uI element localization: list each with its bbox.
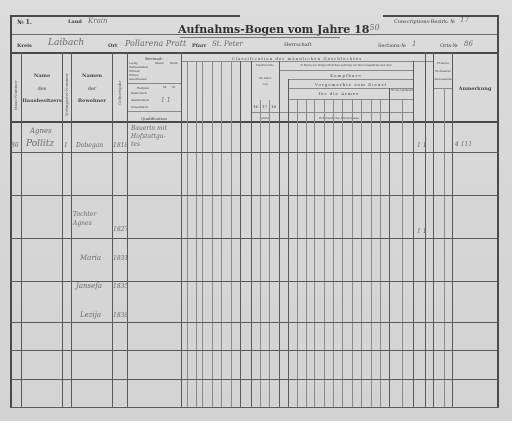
age-17: 17 bbox=[262, 105, 267, 109]
header-vorgemerkte: Vorgemerkte zum Dienst bbox=[289, 82, 413, 87]
header-name-hausbesitzer-3: Hausbesitzers bbox=[22, 98, 62, 104]
row6-geburtsjahr: 1838 bbox=[113, 313, 128, 319]
row1-marks: 1 1 bbox=[417, 143, 427, 149]
row3-geburtsjahr: 1827 bbox=[113, 227, 128, 233]
col-line bbox=[444, 88, 445, 408]
col-line bbox=[212, 61, 213, 408]
header-name-bewohner-2: der bbox=[72, 86, 112, 92]
kreis-label: Kreis bbox=[17, 44, 32, 49]
row-line bbox=[10, 195, 498, 196]
pfarr-value: St. Peter bbox=[212, 41, 243, 48]
col-line bbox=[21, 52, 22, 408]
vorgemerkte-bottom-line bbox=[288, 88, 413, 89]
row-line bbox=[10, 379, 498, 380]
col-line bbox=[71, 52, 72, 408]
header-jahren: Jahren bbox=[252, 116, 278, 120]
col-line bbox=[361, 99, 362, 408]
land-label: Land bbox=[68, 20, 82, 25]
row1-anmerkung: 4 111 bbox=[455, 142, 472, 148]
kreis-value: Laibach bbox=[48, 39, 84, 48]
religion-col-w: W. bbox=[172, 86, 176, 89]
col-line bbox=[62, 52, 63, 408]
header-erforderliche: Erforderliche Altersclasse bbox=[289, 116, 389, 120]
col-line bbox=[297, 99, 298, 408]
header-fremde: Fremde bbox=[434, 61, 452, 65]
orts-value: 86 bbox=[464, 41, 473, 48]
row1-haus-nummer: 86 bbox=[11, 143, 19, 149]
header-wohnende: Wohnende bbox=[434, 69, 452, 73]
col-line bbox=[352, 99, 353, 408]
col-line bbox=[333, 99, 334, 408]
header-name-hausbesitzer-2: des bbox=[22, 86, 62, 92]
col-line bbox=[413, 61, 414, 408]
col-line bbox=[196, 61, 197, 408]
row-line bbox=[10, 238, 498, 239]
header-fuer-landwehr: für die Landwehr bbox=[390, 89, 414, 92]
section-label: Sections-№ bbox=[378, 44, 406, 49]
frame-top-border-right bbox=[383, 15, 498, 17]
col-line bbox=[288, 79, 289, 408]
header-geburtsjahr: Geburtsjahr bbox=[117, 81, 122, 105]
fremde-divider bbox=[433, 88, 453, 89]
row3-bewohner: Tochter Agnes bbox=[73, 210, 109, 228]
header-name-hausbesitzer-1: Name bbox=[22, 73, 62, 79]
age-16: 16 bbox=[253, 105, 258, 109]
col-line bbox=[240, 61, 241, 408]
col-line bbox=[452, 52, 453, 408]
header-nachwuchs: Nachwuchs bbox=[252, 63, 278, 67]
herrschaft-label: Herrschaft bbox=[284, 43, 312, 48]
col-line bbox=[202, 61, 203, 408]
row4-geburtsjahr: 1831 bbox=[113, 256, 128, 262]
header-divider bbox=[10, 34, 498, 35]
header-name-bewohner-3: Bewohner bbox=[72, 98, 112, 104]
row-line bbox=[10, 322, 498, 323]
header-abwesende: Abwesende bbox=[434, 77, 452, 81]
row1-hausbesitzer-1: Agnes bbox=[30, 128, 52, 135]
census-form-page: № 1. Land Krain Aufnahms-Bogen vom Jahre… bbox=[0, 0, 512, 421]
col-line bbox=[433, 52, 434, 408]
row-line bbox=[10, 350, 498, 351]
land-value: Krain bbox=[88, 18, 108, 25]
col-line bbox=[402, 99, 403, 408]
col-line bbox=[260, 100, 261, 408]
row3-marks: 1 1 bbox=[417, 229, 427, 235]
col-line bbox=[342, 99, 343, 408]
row1-qualification-3: tes bbox=[131, 142, 140, 148]
row4-bewohner: Maria bbox=[80, 255, 101, 262]
row1-bewohner: Dobegan bbox=[76, 143, 103, 149]
row5-geburtsjahr: 1835 bbox=[113, 284, 128, 290]
row6-bewohner: Lezija bbox=[80, 312, 101, 319]
header-religion: Religion bbox=[128, 86, 158, 90]
religion-row-3: Israelitisch bbox=[131, 106, 148, 109]
col-line bbox=[380, 99, 381, 408]
col-line bbox=[251, 61, 252, 408]
header-haus-nummer: Haus-Nummer bbox=[13, 80, 18, 110]
header-fuer-armee: für die Armee bbox=[289, 91, 389, 96]
header-wohnpartei: Wohnpartei-Nummer bbox=[64, 73, 69, 116]
col-line bbox=[279, 61, 280, 408]
col-line bbox=[314, 99, 315, 408]
row-line bbox=[10, 152, 498, 153]
number-label: № 1. bbox=[17, 20, 32, 26]
col-line bbox=[187, 61, 188, 408]
row5-bewohner: Jansefa bbox=[76, 283, 102, 290]
row1-qualification-1: Bauerin mit bbox=[131, 126, 167, 132]
header-im-alter-1: Im Alter bbox=[252, 76, 278, 80]
ort-label: Ort bbox=[108, 44, 117, 49]
header-in-bezug: In Bezug der übrigen Rubriken gehörige m… bbox=[281, 64, 411, 67]
title-underline bbox=[180, 37, 340, 38]
bestand-col-mann: Mann bbox=[155, 62, 164, 65]
header-kampfbare: Kampfbare bbox=[281, 73, 411, 78]
classification-title-line bbox=[182, 61, 433, 62]
header-im-alter-2: von bbox=[252, 82, 278, 86]
conscription-value: 17 bbox=[460, 17, 469, 24]
orts-label: Orts-№ bbox=[440, 44, 458, 49]
religion-col-m: M. bbox=[163, 86, 167, 89]
pfarr-label: Pfarr bbox=[192, 44, 206, 49]
col-line bbox=[221, 61, 222, 408]
bestand-col-weib: Weib bbox=[170, 62, 178, 65]
frame-top-border bbox=[10, 15, 240, 17]
qualification-divider bbox=[127, 111, 181, 112]
bestand-row-geschieden: Geschieden bbox=[129, 78, 147, 81]
kampfbare-top-line bbox=[280, 70, 413, 71]
religion-row-2: Akatholisch bbox=[131, 99, 149, 102]
col-line bbox=[371, 99, 372, 408]
header-anmerkung: Anmerkung bbox=[453, 86, 497, 92]
bestand-divider bbox=[127, 83, 181, 84]
col-line bbox=[269, 100, 270, 408]
col-line bbox=[181, 52, 182, 408]
col-line bbox=[306, 99, 307, 408]
row1-wohnpartei: 1 bbox=[64, 143, 68, 149]
age-18: 18 bbox=[271, 105, 276, 109]
ort-value: Pollarena Pratt bbox=[125, 40, 186, 48]
col-line bbox=[231, 61, 232, 408]
row-line bbox=[10, 407, 498, 408]
row1-qualification-2: Hofstattgu- bbox=[131, 134, 166, 140]
row1-geburtsjahr: 1818 bbox=[113, 143, 128, 149]
religion-row-1: Katholisch bbox=[131, 92, 147, 95]
conscription-label: Conscriptions-Bezirk: № bbox=[394, 20, 455, 25]
section-value: 1 bbox=[412, 41, 416, 48]
kampfbare-bottom-line bbox=[288, 79, 413, 80]
religion-marks: 1 1 bbox=[161, 98, 171, 104]
col-line bbox=[324, 99, 325, 408]
col-line bbox=[389, 88, 390, 408]
header-name-bewohner-1: Namen bbox=[72, 73, 112, 79]
row1-hausbesitzer-2: Pollitz bbox=[26, 140, 54, 149]
year-suffix: 50 bbox=[369, 23, 379, 32]
